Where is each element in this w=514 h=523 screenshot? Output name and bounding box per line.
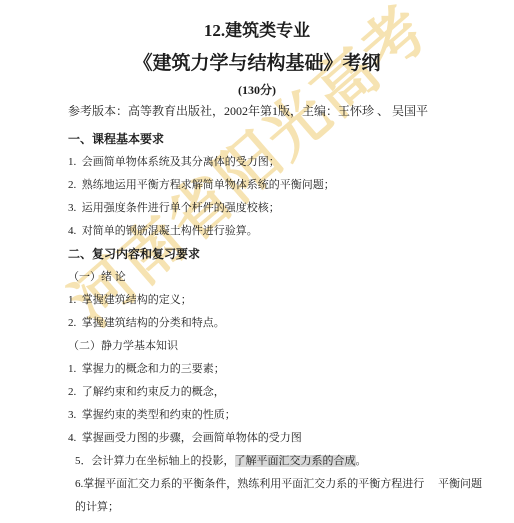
list-item-continuation: 的计算； [68, 496, 484, 519]
item5-period: 。 [356, 455, 367, 467]
list-item: 2. 熟练地运用平衡方程求解简单物体系统的平衡问题； [68, 174, 484, 197]
list-item: 1. 会画简单物体系统及其分离体的受力图； [68, 151, 484, 174]
list-item: 3. 掌握约束的类型和约束的性质； [68, 404, 484, 427]
reference-line: 参考版本：高等教育出版社，2002年第1版，主编：王怀珍 、 吴国平 [68, 100, 484, 123]
list-item: 4. 掌握画受力图的步骤，会画简单物体的受力图 [68, 427, 484, 450]
list-item: 4. 对简单的钢筋混凝土构件进行验算。 [68, 220, 484, 243]
list-item: 2. 了解约束和约束反力的概念， [68, 381, 484, 404]
doc-body: 参考版本：高等教育出版社，2002年第1版，主编：王怀珍 、 吴国平 一、课程基… [0, 100, 514, 519]
section-2-heading: 二、复习内容和复习要求 [68, 243, 484, 266]
item5-plain-text: 5．会计算力在坐标轴上的投影， [75, 455, 235, 467]
item5-highlight-text: 了解平面汇交力系的合成 [235, 455, 356, 467]
list-item: 2. 掌握建筑结构的分类和特点。 [68, 312, 484, 335]
list-item: 3. 运用强度条件进行单个杆件的强度校核； [68, 197, 484, 220]
list-item: 1. 掌握力的概念和力的三要素； [68, 358, 484, 381]
document-content: 12.建筑类专业 《建筑力学与结构基础》考纲 (130分) 参考版本：高等教育出… [0, 0, 514, 519]
list-item: 6.掌握平面汇交力系的平衡条件，熟练利用平面汇交力系的平衡方程进行 平衡问题 [68, 473, 484, 496]
doc-title: 12.建筑类专业 [0, 0, 514, 41]
subsection-2-heading: （二）静力学基本知识 [68, 335, 484, 358]
subsection-1-heading: （一）绪 论 [68, 266, 484, 289]
document-page: 河南省阳光高考 12.建筑类专业 《建筑力学与结构基础》考纲 (130分) 参考… [0, 0, 514, 523]
section-1-heading: 一、课程基本要求 [68, 128, 484, 151]
list-item: 1. 掌握建筑结构的定义； [68, 289, 484, 312]
doc-score: (130分) [0, 83, 514, 97]
list-item-highlighted: 5．会计算力在坐标轴上的投影，了解平面汇交力系的合成。 [68, 450, 484, 473]
doc-subtitle: 《建筑力学与结构基础》考纲 [0, 53, 514, 75]
